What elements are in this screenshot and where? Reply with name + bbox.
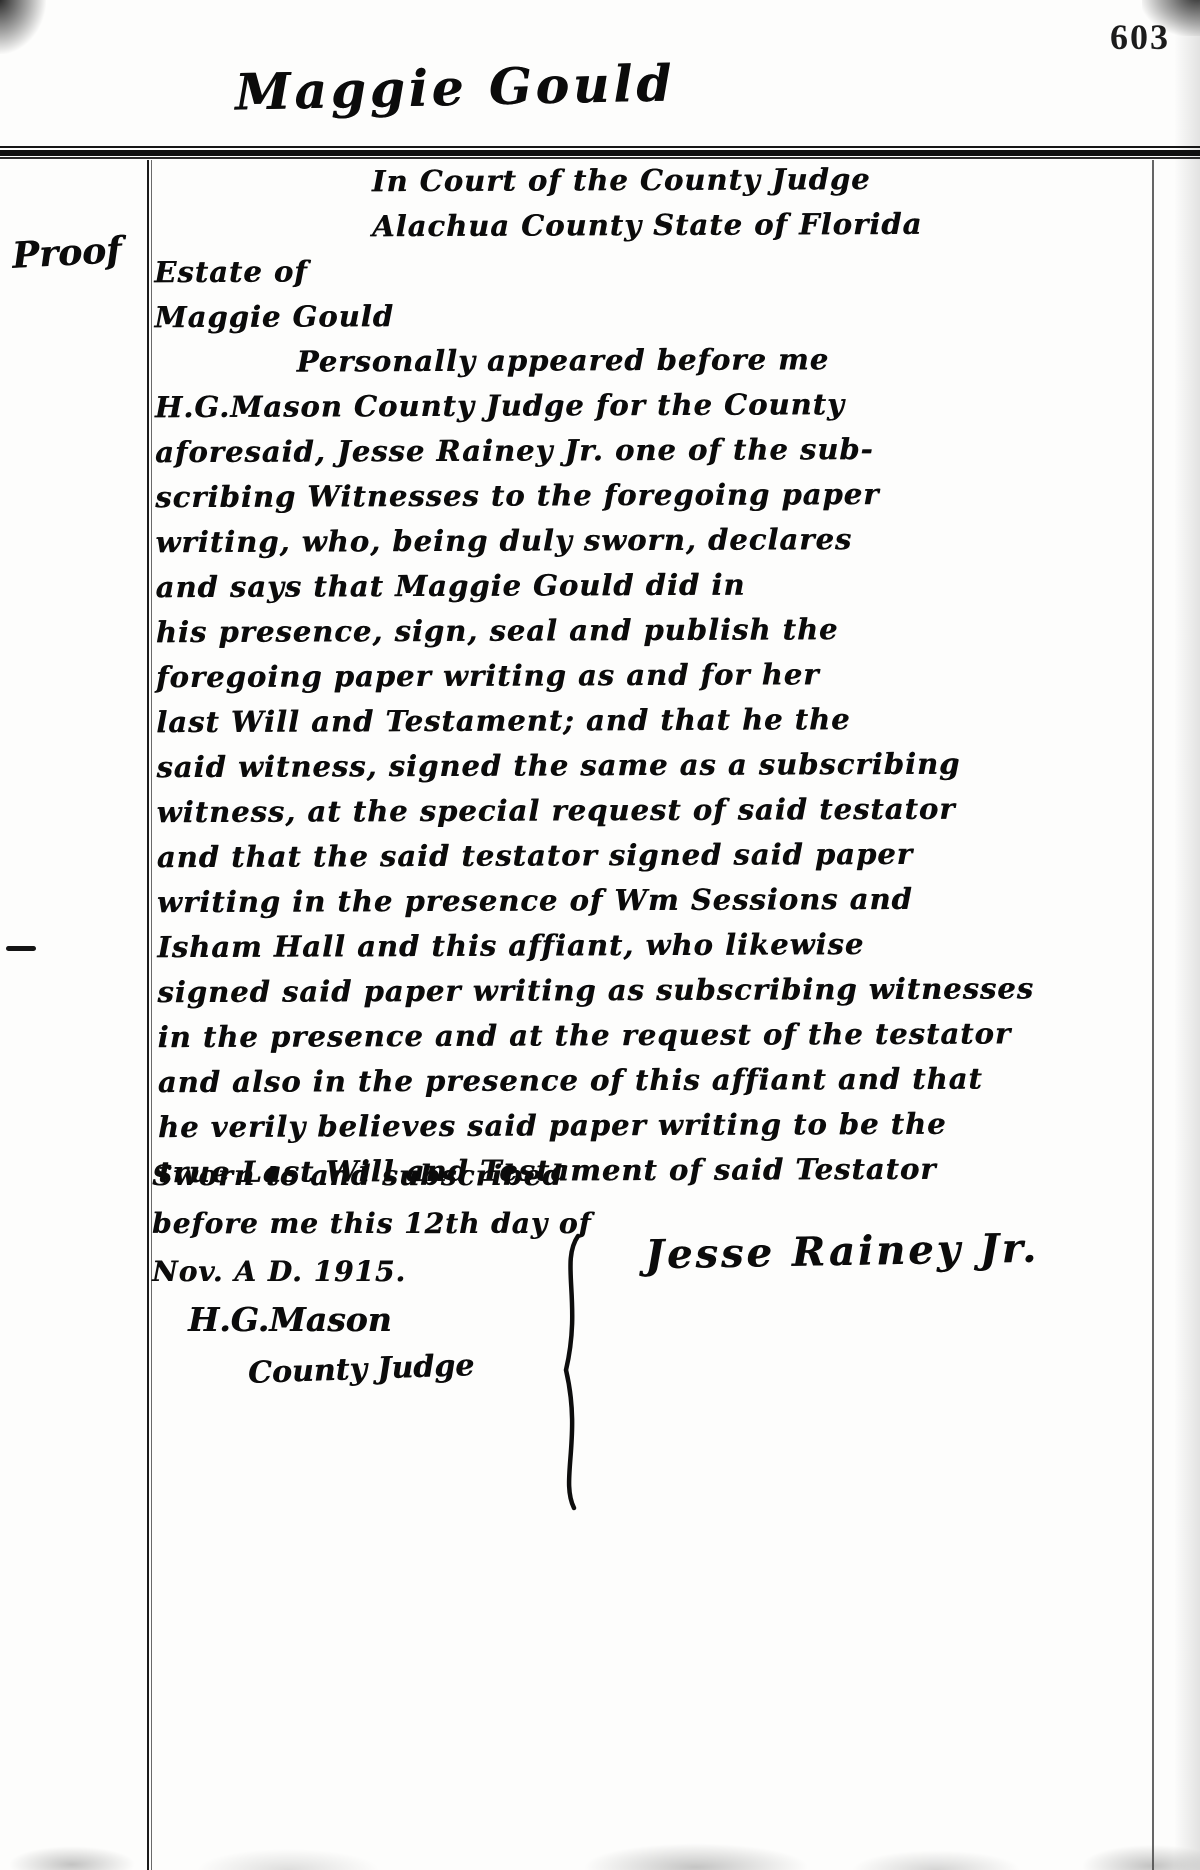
scan-noise-bottom-edge <box>0 1800 1200 1870</box>
estate-caption-line: Maggie Gould <box>154 291 1158 340</box>
body-line: said witness, signed the same as a subsc… <box>156 741 1160 790</box>
margin-dash-mark <box>6 946 36 951</box>
body-line: and also in the presence of this affiant… <box>158 1056 1162 1105</box>
handwritten-brace <box>548 1232 594 1512</box>
body-line: and that the said testator signed said p… <box>157 831 1161 880</box>
body-line: signed said paper writing as subscribing… <box>157 966 1161 1015</box>
body-line: Personally appeared before me <box>155 336 1159 385</box>
scanned-probate-record-page: 603 Maggie Gould Proof In Court of the C… <box>0 0 1200 1870</box>
scan-noise-right-edge <box>1174 0 1200 1870</box>
court-header-line: Alachua County State of Florida <box>372 201 1158 249</box>
body-line: in the presence and at the request of th… <box>157 1011 1161 1060</box>
body-line: witness, at the special request of said … <box>156 786 1160 835</box>
body-line: writing, who, being duly sworn, declares <box>155 516 1159 565</box>
body-line: last Will and Testament; and that he the <box>156 696 1160 745</box>
body-line: foregoing paper writing as and for her <box>156 651 1160 700</box>
jurat-line: Sworn to and subscribed <box>152 1152 632 1200</box>
body-line: aforesaid, Jesse Rainey Jr. one of the s… <box>155 426 1159 475</box>
witness-signature: Jesse Rainey Jr. <box>645 1225 1040 1279</box>
body-line: his presence, sign, seal and publish the <box>156 606 1160 655</box>
left-margin-rule <box>147 160 152 1870</box>
judge-title: County Judge <box>247 1348 474 1391</box>
judge-signature: H.G.Mason <box>188 1300 392 1339</box>
body-line: scribing Witnesses to the foregoing pape… <box>155 471 1159 520</box>
body-line: he verily believes said paper writing to… <box>158 1101 1162 1150</box>
document-text-column: In Court of the County Judge Alachua Cou… <box>154 156 1163 1195</box>
page-title: Maggie Gould <box>234 53 675 121</box>
body-line: and says that Maggie Gould did in <box>156 561 1160 610</box>
estate-caption-line: Estate of <box>154 246 1158 295</box>
margin-label-proof: Proof <box>11 229 123 277</box>
scan-smudge-top-left <box>0 0 46 54</box>
court-header-line: In Court of the County Judge <box>372 156 1158 204</box>
body-line: H.G.Mason County Judge for the County <box>155 381 1159 430</box>
body-line: Isham Hall and this affiant, who likewis… <box>157 921 1161 970</box>
body-line: writing in the presence of Wm Sessions a… <box>157 876 1161 925</box>
page-number: 603 <box>1110 16 1170 58</box>
